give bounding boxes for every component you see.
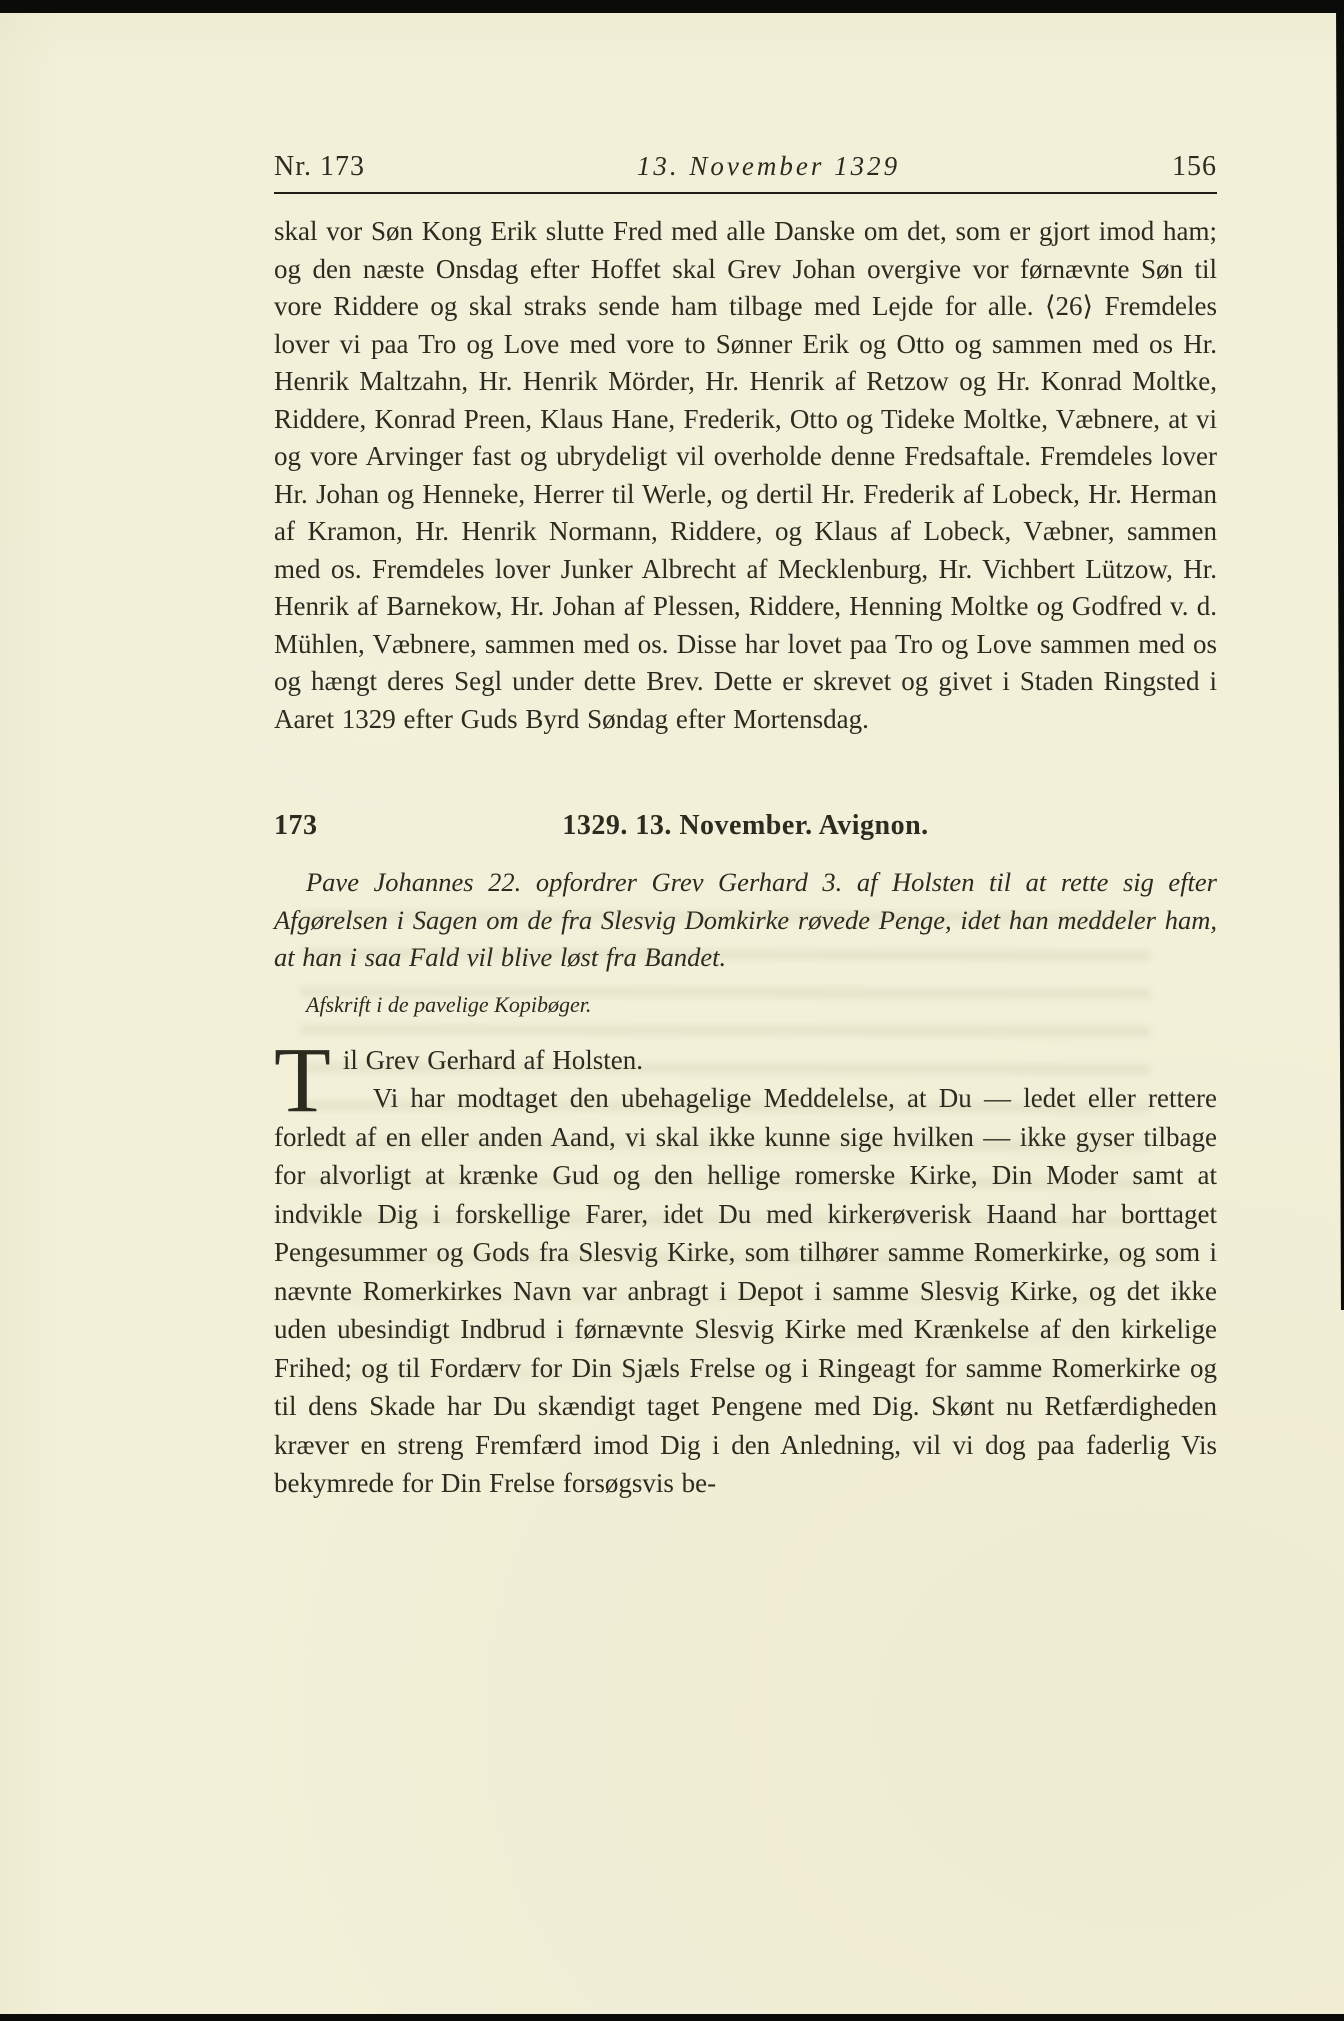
letter-body: Vi har modtaget den ubehagelige Meddelel… bbox=[274, 1083, 1217, 1498]
source-note: Afskrift i de pavelige Kopibøger. bbox=[306, 991, 1217, 1019]
scan-edge-top bbox=[0, 0, 1344, 13]
scan-edge-bottom bbox=[0, 2014, 1344, 2021]
entry-heading: 1329. 13. November. Avignon. bbox=[562, 810, 928, 841]
entry-173-heading-row: 173 1329. 13. November. Avignon. bbox=[274, 809, 1217, 843]
running-date: 13. November 1329 bbox=[365, 150, 1172, 182]
running-header: Nr. 173 13. November 1329 156 bbox=[274, 150, 1217, 183]
entry-number-running: Nr. 173 bbox=[274, 151, 365, 183]
scanned-page: Nr. 173 13. November 1329 156 skal vor S… bbox=[0, 0, 1344, 2021]
entry-number: 173 bbox=[274, 809, 318, 843]
page-text-block: Nr. 173 13. November 1329 156 skal vor S… bbox=[274, 150, 1217, 1503]
scan-edge-right bbox=[1336, 0, 1344, 1310]
letter-salutation: il Grev Gerhard af Holsten. bbox=[343, 1045, 643, 1075]
entry-letter-text: Til Grev Gerhard af Holsten. Vi har modt… bbox=[274, 1041, 1217, 1503]
drop-cap: T bbox=[274, 1041, 343, 1114]
entry-172-continuation-text: skal vor Søn Kong Erik slutte Fred med a… bbox=[274, 213, 1217, 738]
header-rule bbox=[274, 192, 1217, 194]
page-number: 156 bbox=[1172, 151, 1217, 183]
entry-summary: Pave Johannes 22. opfordrer Grev Gerhard… bbox=[274, 864, 1217, 977]
